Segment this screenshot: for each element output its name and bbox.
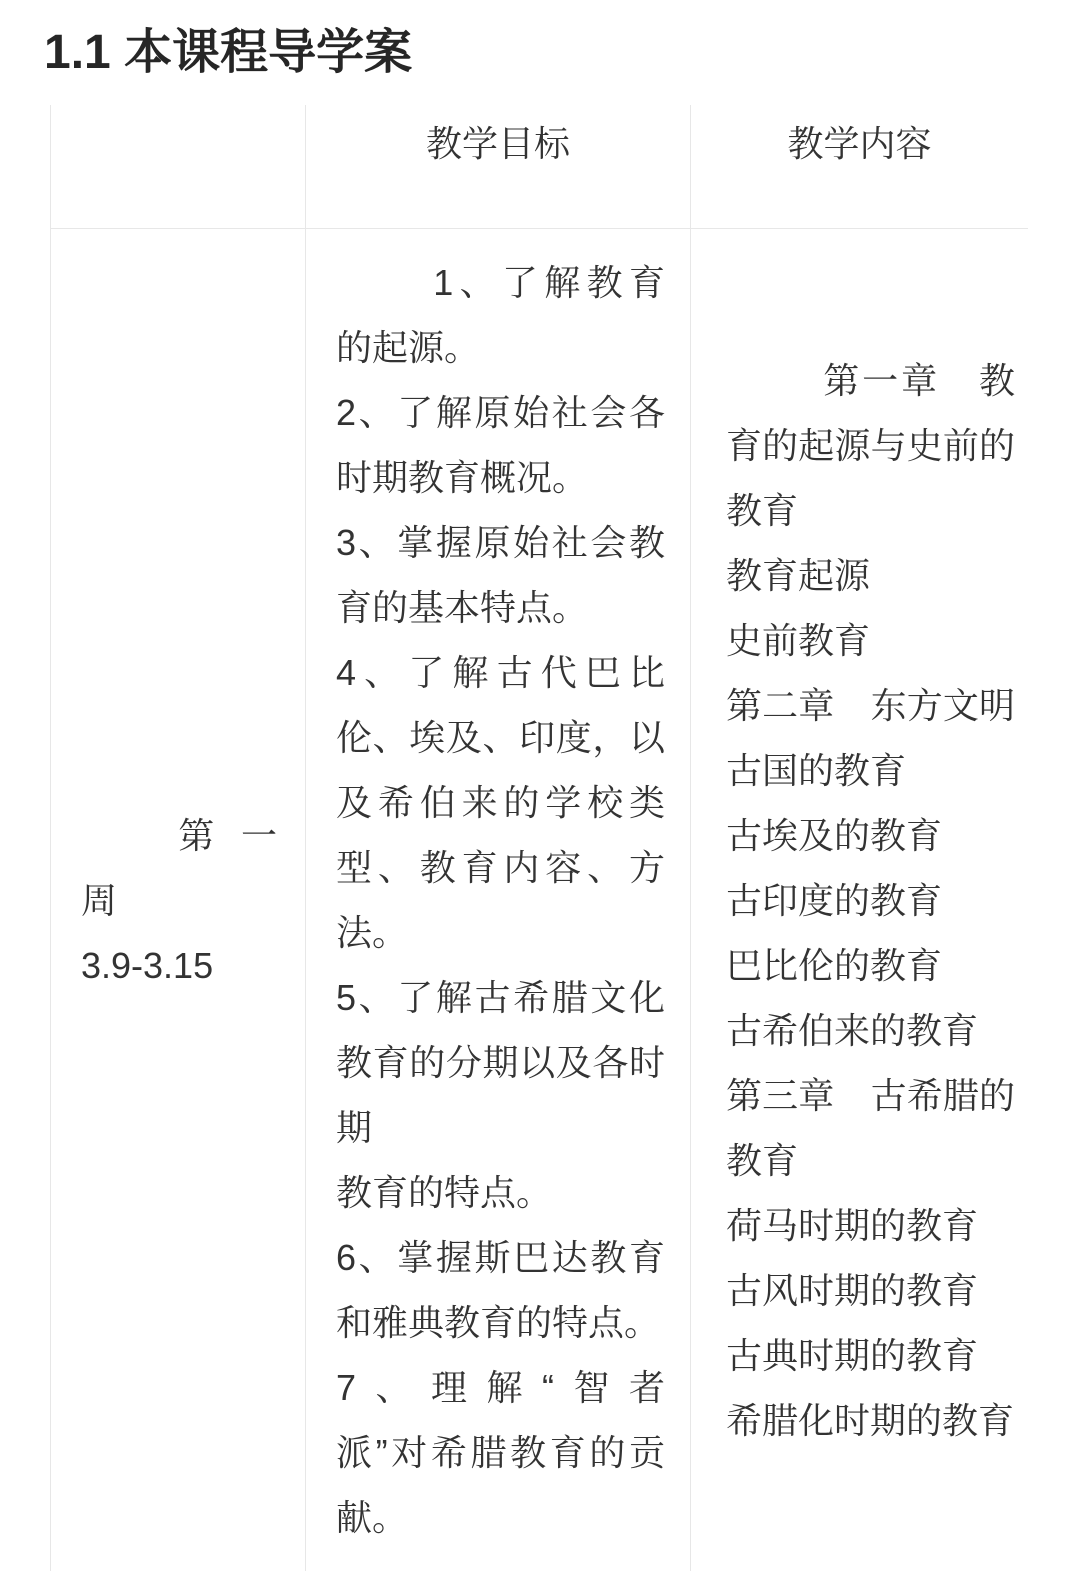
study-guide-table: 教学目标 教学内容 第一周3.9-3.15 1、了解教育的起源。2、了解原始社会… [50,105,1028,1571]
content-cell: 第一章 教育的起源与史前的教育教育起源史前教育第二章 东方文明古国的教育古埃及的… [690,229,1028,1571]
text-line: 巴比伦的教育 [726,933,1015,998]
text-line: 伦、埃及、印度，以 [336,705,665,770]
text-line: 周 [81,868,277,933]
text-line: 型、教育内容、方 [336,835,665,900]
text-line: 2、了解原始社会各 [336,380,665,445]
text-line: 和雅典教育的特点。 [336,1290,665,1355]
text-line: 教育的分期以及各时 [336,1030,665,1095]
text-line: 及希伯来的学校类 [336,770,665,835]
text-line: 7、理解“智者 [336,1355,665,1420]
page-title: 1.1 本课程导学案 [44,24,412,82]
text-line: 3.9-3.15 [81,933,277,998]
text-line: 第三章 古希腊的 [726,1063,1015,1128]
text-line: 教育起源 [726,543,1015,608]
text-line: 古希伯来的教育 [726,998,1015,1063]
text-line: 第二章 东方文明 [726,673,1015,738]
text-line: 教育 [726,1128,1015,1193]
text-line: 史前教育 [726,608,1015,673]
course-guide-page: { "page": { "title": "1.1 本课程导学案" }, "co… [0,0,1080,1571]
week-cell: 第一周3.9-3.15 [50,229,305,1571]
text-line: 6、掌握斯巴达教育 [336,1225,665,1290]
text-line: 5、了解古希腊文化 [336,965,665,1030]
text-line: 法。 [336,900,665,965]
text-line: 献。 [336,1485,665,1550]
text-line: 荷马时期的教育 [726,1193,1015,1258]
header-cell-week [50,105,305,228]
text-line: 育的基本特点。 [336,575,665,640]
table-header-row: 教学目标 教学内容 [50,105,1028,229]
text-line: 3、掌握原始社会教 [336,510,665,575]
table-body-row: 第一周3.9-3.15 1、了解教育的起源。2、了解原始社会各时期教育概况。3、… [50,229,1028,1571]
text-line: 教育的特点。 [336,1160,665,1225]
header-cell-content: 教学内容 [690,105,1028,228]
text-line: 古国的教育 [726,738,1015,803]
text-line: 希腊化时期的教育 [726,1388,1015,1453]
text-line: 4、了解古代巴比 [336,640,665,705]
text-line: 教育 [726,478,1015,543]
text-line: 古埃及的教育 [726,803,1015,868]
text-line: 育的起源与史前的 [726,413,1015,478]
text-line: 派”对希腊教育的贡 [336,1420,665,1485]
text-line: 期 [336,1095,665,1160]
text-line: 第一章 教 [726,348,1015,413]
text-line: 古印度的教育 [726,868,1015,933]
header-cell-objectives: 教学目标 [305,105,690,228]
text-line: 时期教育概况。 [336,445,665,510]
text-line: 古风时期的教育 [726,1258,1015,1323]
text-line: 古典时期的教育 [726,1323,1015,1388]
objectives-cell: 1、了解教育的起源。2、了解原始社会各时期教育概况。3、掌握原始社会教育的基本特… [305,229,690,1571]
text-line: 1、了解教育 [336,250,665,315]
text-line: 的起源。 [336,315,665,380]
text-line: 第一 [81,803,277,868]
